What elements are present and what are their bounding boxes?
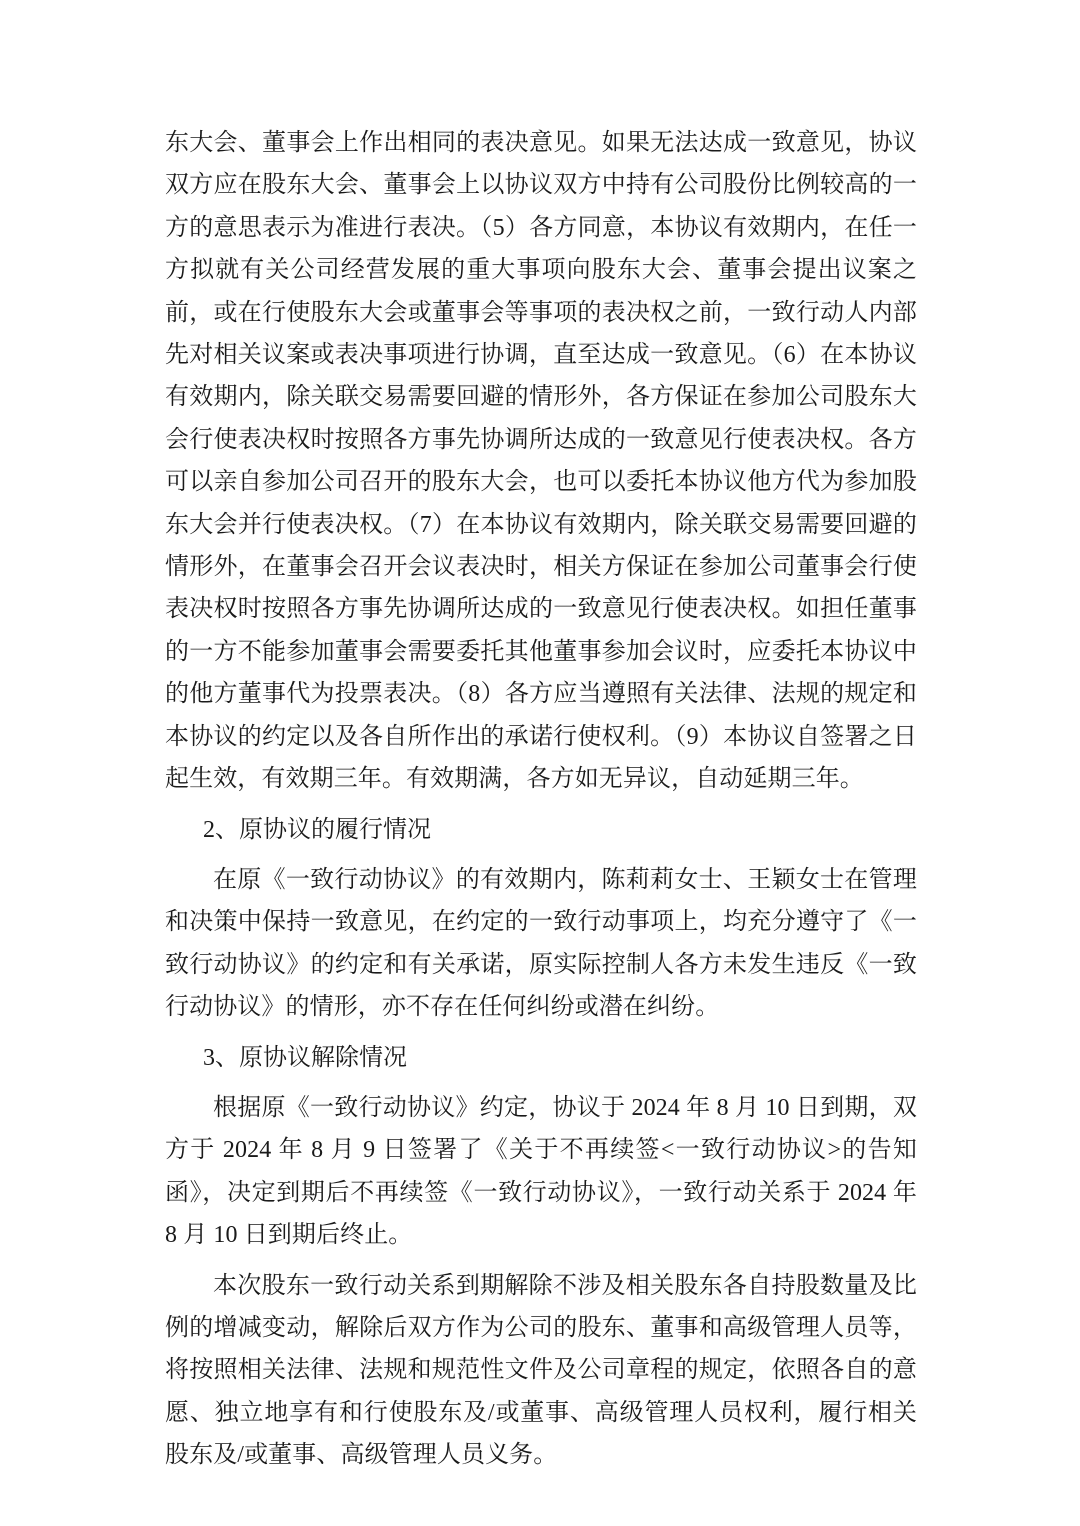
paragraph-termination: 根据原《一致行动协议》约定，协议于 2024 年 8 月 10 日到期，双方于 …: [165, 1087, 917, 1257]
paragraph-performance: 在原《一致行动协议》的有效期内，陈莉莉女士、王颖女士在管理和决策中保持一致意见，…: [165, 859, 917, 1029]
section-heading-termination: 3、原协议解除情况: [165, 1037, 917, 1079]
document-page: 东大会、董事会上作出相同的表决意见。如果无法达成一致意见，协议双方应在股东大会、…: [165, 122, 917, 1477]
paragraph-after-termination: 本次股东一致行动关系到期解除不涉及相关股东各自持股数量及比例的增减变动，解除后双…: [165, 1265, 917, 1477]
section-heading-performance: 2、原协议的履行情况: [165, 809, 917, 851]
paragraph-agreement-terms: 东大会、董事会上作出相同的表决意见。如果无法达成一致意见，协议双方应在股东大会、…: [165, 122, 917, 801]
